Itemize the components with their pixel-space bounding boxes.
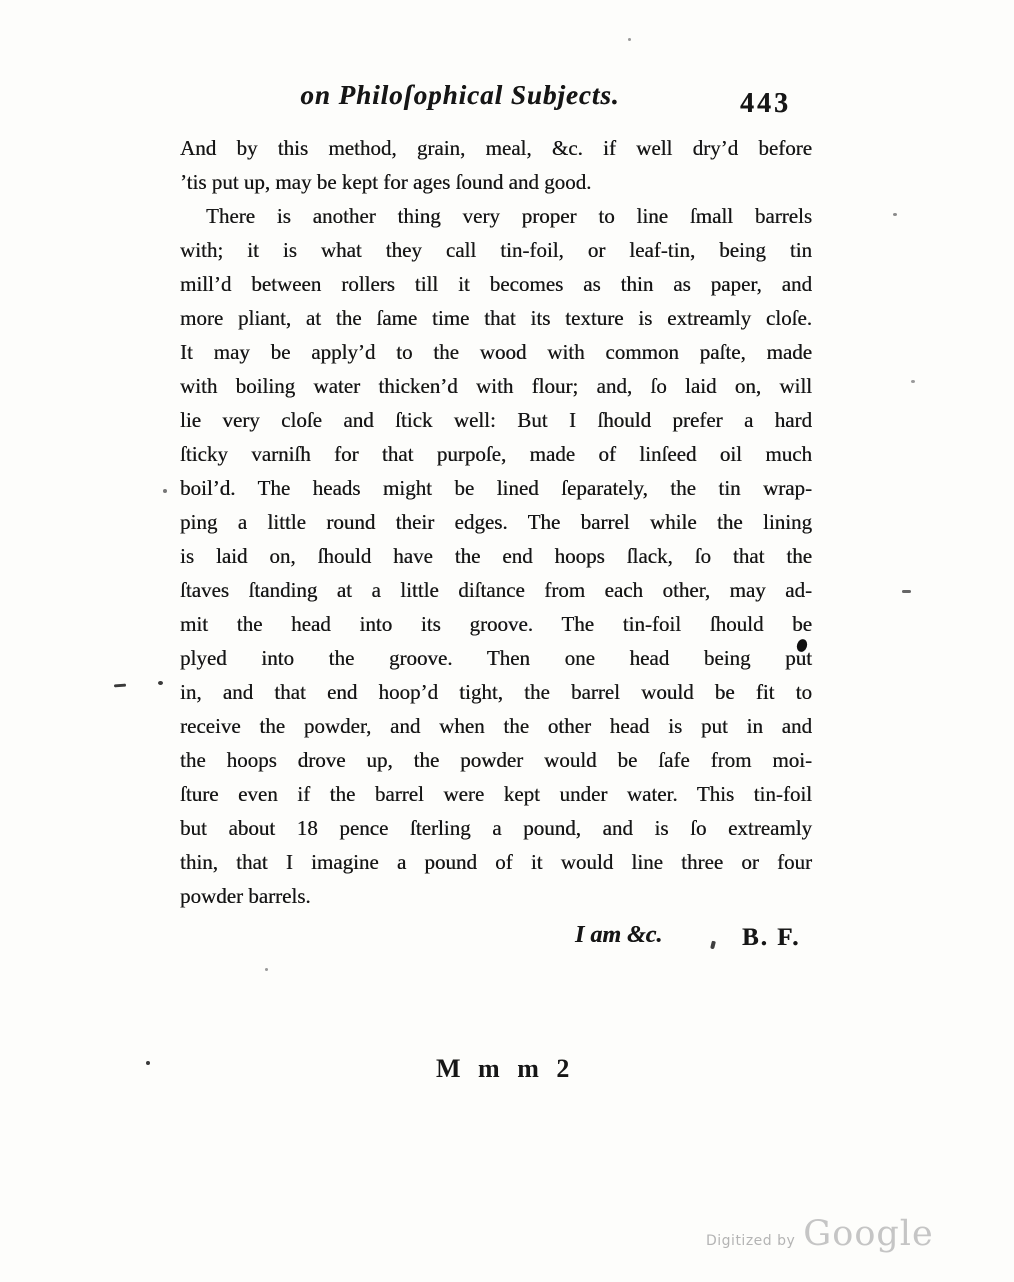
- text-line: ſticky varniſh for that purpoſe, made of…: [180, 437, 812, 471]
- text-line: lie very cloſe and ſtick well: But I ſho…: [180, 403, 812, 437]
- text-line: receive the powder, and when the other h…: [180, 709, 812, 743]
- text-line: plyed into the groove. Then one head bei…: [180, 641, 812, 675]
- scan-speck: [628, 38, 631, 41]
- text-line: There is another thing very proper to li…: [180, 199, 812, 233]
- valediction: I am &c.: [575, 922, 662, 949]
- running-title: on Philoſophical Subjects.: [180, 80, 740, 111]
- scan-speck: [902, 590, 911, 593]
- text-line: thin, that I imagine a pound of it would…: [180, 845, 812, 879]
- text-line: mit the head into its groove. The tin-fo…: [180, 607, 812, 641]
- google-logo: Google: [803, 1214, 933, 1254]
- page-number: 443: [740, 88, 791, 120]
- text-line: more pliant, at the ſame time that its t…: [180, 301, 812, 335]
- text-line: is laid on, ſhould have the end hoops ſl…: [180, 539, 812, 573]
- text-line: the hoops drove up, the powder would be …: [180, 743, 812, 777]
- text-line: And by this method, grain, meal, &c. if …: [180, 131, 812, 165]
- text-line: ſtaves ſtanding at a little diſtance fro…: [180, 573, 812, 607]
- text-line: with boiling water thicken’d with flour;…: [180, 369, 812, 403]
- text-line: It may be apply’d to the wood with commo…: [180, 335, 812, 369]
- body-text: And by this method, grain, meal, &c. if …: [180, 131, 812, 913]
- digitized-by-google-watermark: Digitized by Google: [706, 1214, 934, 1254]
- scan-speck: [911, 380, 915, 383]
- scan-speck: [893, 213, 897, 216]
- scan-speck: [710, 941, 716, 950]
- text-line: in, and that end hoop’d tight, the barre…: [180, 675, 812, 709]
- author-initials: B. F.: [742, 924, 800, 952]
- scan-speck: [163, 489, 167, 493]
- text-line: ſture even if the barrel were kept under…: [180, 777, 812, 811]
- watermark-prefix: Digitized by: [706, 1233, 795, 1249]
- text-line: boil’d. The heads might be lined ſeparat…: [180, 471, 812, 505]
- text-line: but about 18 pence ſterling a pound, and…: [180, 811, 812, 845]
- scanned-book-page: on Philoſophical Subjects. 443 And by th…: [0, 0, 1014, 1282]
- text-line: ’tis put up, may be kept for ages ſound …: [180, 165, 812, 199]
- scan-speck: [114, 684, 126, 688]
- printer-signature-mark: M m m 2: [436, 1054, 571, 1084]
- text-line: ping a little round their edges. The bar…: [180, 505, 812, 539]
- scan-speck: [146, 1061, 150, 1065]
- text-line: with; it is what they call tin-foil, or …: [180, 233, 812, 267]
- scan-speck: [265, 968, 268, 971]
- scan-speck: [158, 681, 163, 685]
- text-line: powder barrels.: [180, 879, 812, 913]
- text-line: mill’d between rollers till it becomes a…: [180, 267, 812, 301]
